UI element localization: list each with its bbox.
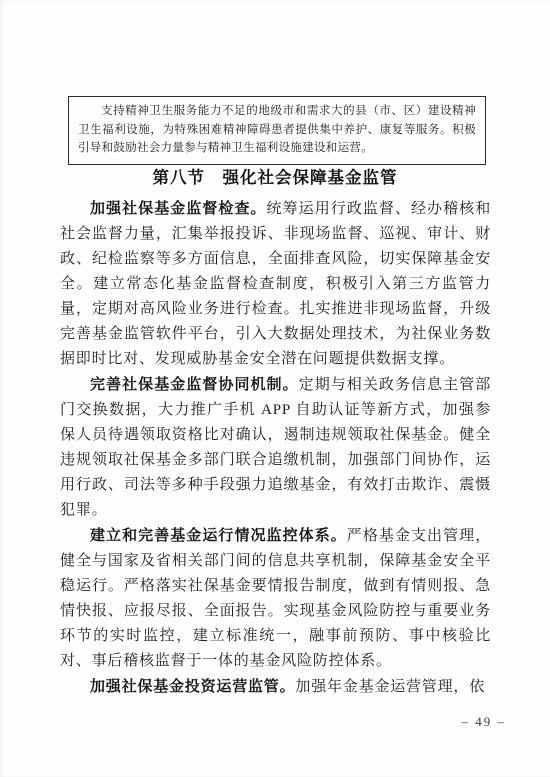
callout-box: 支持精神卫生服务能力不足的地级市和需求大的县（市、区）建设精神卫生福利设施，为特…: [68, 96, 486, 165]
body-text: 加强社保基金监督检查。统筹运用行政监督、经办稽核和社会监督力量，汇集举报投诉、非…: [60, 196, 491, 700]
paragraph-lead: 建立和完善基金运行情况监控体系。: [90, 527, 347, 544]
paragraph-lead: 加强社保基金投资运营监管。: [90, 678, 295, 695]
paragraph: 建立和完善基金运行情况监控体系。严格基金支出管理，健全与国家及省相关部门间的信息…: [60, 523, 491, 674]
paragraph-lead: 完善社保基金监督协同机制。: [90, 376, 299, 393]
paragraph-body: 统筹运用行政监督、经办稽核和社会监督力量，汇集举报投诉、非现场监督、巡视、审计、…: [60, 201, 491, 367]
paragraph-body: 定期与相关政务信息主管部门交换数据，大力推广手机 APP 自助认证等新方式，加强…: [60, 377, 491, 518]
document-page: 支持精神卫生服务能力不足的地级市和需求大的县（市、区）建设精神卫生福利设施，为特…: [0, 0, 550, 777]
paragraph: 完善社保基金监督协同机制。定期与相关政务信息主管部门交换数据，大力推广手机 AP…: [60, 372, 491, 523]
callout-text: 支持精神卫生服务能力不足的地级市和需求大的县（市、区）建设精神卫生福利设施，为特…: [78, 102, 476, 158]
paragraph: 加强社保基金投资运营监管。加强年金基金运营管理，依: [60, 674, 491, 700]
paragraph-lead: 加强社保基金监督检查。: [90, 200, 267, 217]
paragraph-body: 加强年金基金运营管理，依: [295, 679, 485, 695]
page-number: – 49 –: [462, 714, 507, 730]
paragraph-body: 严格基金支出管理，健全与国家及省相关部门间的信息共享机制，保障基金安全平稳运行。…: [60, 528, 491, 669]
paragraph: 加强社保基金监督检查。统筹运用行政监督、经办稽核和社会监督力量，汇集举报投诉、非…: [60, 196, 491, 372]
section-heading: 第八节 强化社会保障基金监管: [0, 164, 550, 188]
